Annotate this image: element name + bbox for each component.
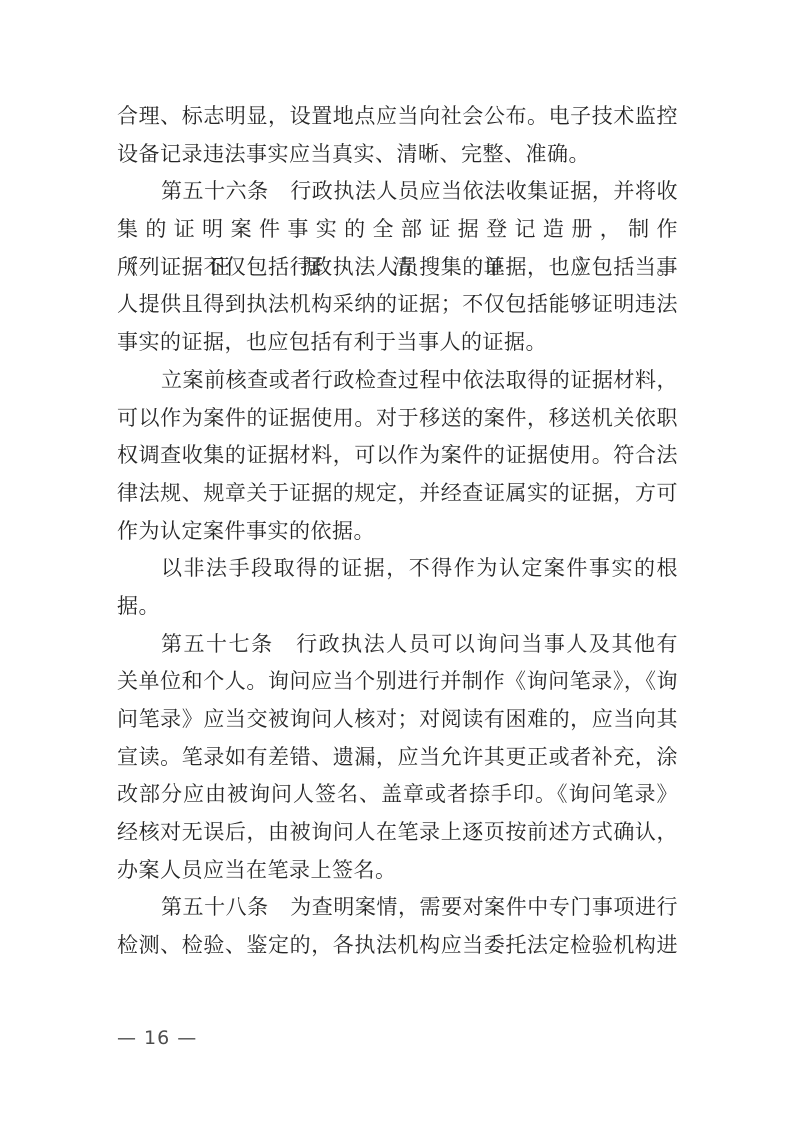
text-line: 以非法手段取得的证据，不得作为认定案件事实的根 (117, 550, 678, 588)
paragraph: 立案前核查或者行政检查过程中依法取得的证据材料，可以作为案件的证据使用。对于移送… (117, 362, 678, 550)
text-line: 据。 (117, 588, 678, 626)
paragraph: 第五十七条 行政执法人员可以询问当事人及其他有关单位和个人。询问应当个别进行并制… (117, 626, 678, 890)
text-line: 所列证据不仅包括行政执法人员搜集的证据，也应包括当事 (117, 249, 678, 287)
paragraph: 第五十六条 行政执法人员应当依法收集证据，并将收集的证明案件事实的全部证据登记造… (117, 173, 678, 361)
text-line: 经核对无误后，由被询问人在笔录上逐页按前述方式确认， (117, 814, 678, 852)
text-line: 权调查收集的证据材料，可以作为案件的证据使用。符合法 (117, 437, 678, 475)
document-page: 合理、标志明显，设置地点应当向社会公布。电子技术监控设备记录违法事实应当真实、清… (0, 0, 793, 1122)
page-footer: — 16 — (117, 1026, 197, 1050)
text-line: 关单位和个人。询问应当个别进行并制作《询问笔录》，《询 (117, 663, 678, 701)
text-line: 律法规、规章关于证据的规定，并经查证属实的证据，方可 (117, 475, 678, 513)
text-line: 可以作为案件的证据使用。对于移送的案件，移送机关依职 (117, 400, 678, 438)
text-line: 问笔录》应当交被询问人核对；对阅读有困难的，应当向其 (117, 701, 678, 739)
text-line: 人提供且得到执法机构采纳的证据；不仅包括能够证明违法 (117, 286, 678, 324)
paragraph: 合理、标志明显，设置地点应当向社会公布。电子技术监控设备记录违法事实应当真实、清… (117, 98, 678, 173)
text-line: 办案人员应当在笔录上签名。 (117, 852, 678, 890)
text-line: 检测、检验、鉴定的，各执法机构应当委托法定检验机构进 (117, 927, 678, 965)
text-line: 事实的证据，也应包括有利于当事人的证据。 (117, 324, 678, 362)
text-line: 合理、标志明显，设置地点应当向社会公布。电子技术监控 (117, 98, 678, 136)
paragraph: 第五十八条 为查明案情，需要对案件中专门事项进行检测、检验、鉴定的，各执法机构应… (117, 889, 678, 964)
text-line: 作为认定案件事实的依据。 (117, 513, 678, 551)
text-line: 集的证明案件事实的全部证据登记造册，制作《证据清单》。 (117, 211, 678, 249)
paragraph: 以非法手段取得的证据，不得作为认定案件事实的根据。 (117, 550, 678, 625)
text-line: 第五十七条 行政执法人员可以询问当事人及其他有 (117, 626, 678, 664)
text-line: 改部分应由被询问人签名、盖章或者捺手印。《询问笔录》 (117, 776, 678, 814)
text-line: 第五十六条 行政执法人员应当依法收集证据，并将收 (117, 173, 678, 211)
page-number: — 16 — (117, 1027, 197, 1049)
text-line: 立案前核查或者行政检查过程中依法取得的证据材料， (117, 362, 678, 400)
text-line: 设备记录违法事实应当真实、清晰、完整、准确。 (117, 136, 678, 174)
document-body: 合理、标志明显，设置地点应当向社会公布。电子技术监控设备记录违法事实应当真实、清… (117, 98, 678, 965)
text-line: 宣读。笔录如有差错、遗漏，应当允许其更正或者补充，涂 (117, 739, 678, 777)
text-line: 第五十八条 为查明案情，需要对案件中专门事项进行 (117, 889, 678, 927)
